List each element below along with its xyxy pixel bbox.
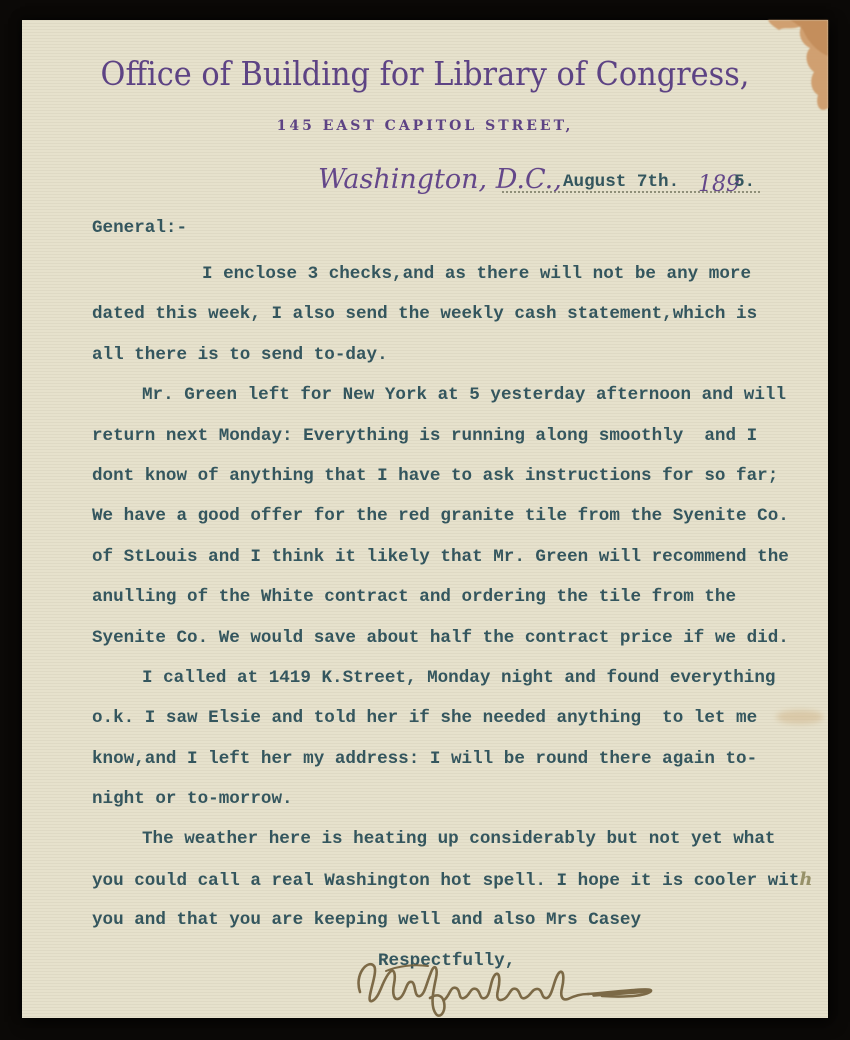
letter-line: know,and I left her my address: I will b… (92, 739, 802, 779)
letter-body: I enclose 3 checks,and as there will not… (92, 254, 802, 981)
letter-line-text: you could call a real Washington hot spe… (92, 871, 799, 891)
letter-line: Mr. Green left for New York at 5 yesterd… (92, 375, 802, 415)
letter-line: night or to-morrow. (92, 779, 802, 819)
letter-line: anulling of the White contract and order… (92, 577, 802, 617)
signature-scrawl (350, 954, 662, 1024)
letter-line: We have a good offer for the red granite… (92, 496, 802, 536)
paper-stain (712, 20, 828, 132)
letterhead-title: Office of Building for Library of Congre… (54, 54, 796, 93)
letter-line: I called at 1419 K.Street, Monday night … (92, 658, 802, 698)
letter-line: dated this week, I also send the weekly … (92, 294, 802, 334)
signature-ink-icon (350, 954, 662, 1024)
letter-line: dont know of anything that I have to ask… (92, 456, 802, 496)
letter-line: you and that you are keeping well and al… (92, 900, 802, 940)
letterhead-city: Washington, D.C., (318, 164, 562, 195)
year-typed: 5. (734, 172, 755, 193)
letter-line: return next Monday: Everything is runnin… (92, 416, 802, 456)
letter-line: The weather here is heating up considera… (92, 819, 802, 859)
letterhead-address: 145 EAST CAPITOL STREET, (22, 118, 828, 134)
stain-shape-icon (712, 20, 828, 132)
letter-line: all there is to send to-day. (92, 335, 802, 375)
paper-smudge (776, 710, 824, 724)
handwritten-h: h (799, 869, 812, 890)
letter-line: of StLouis and I think it likely that Mr… (92, 537, 802, 577)
letter-line: o.k. I saw Elsie and told her if she nee… (92, 698, 802, 738)
letter-page: Office of Building for Library of Congre… (22, 20, 828, 1018)
letter-line: I enclose 3 checks,and as there will not… (92, 254, 802, 294)
photo-background: { "letterhead": { "title": "Office of Bu… (0, 0, 850, 1040)
letter-line: Syenite Co. We would save about half the… (92, 618, 802, 658)
date-typed: August 7th. (563, 172, 679, 193)
salutation: General:- (92, 218, 187, 239)
letter-line: you could call a real Washington hot spe… (92, 860, 802, 900)
